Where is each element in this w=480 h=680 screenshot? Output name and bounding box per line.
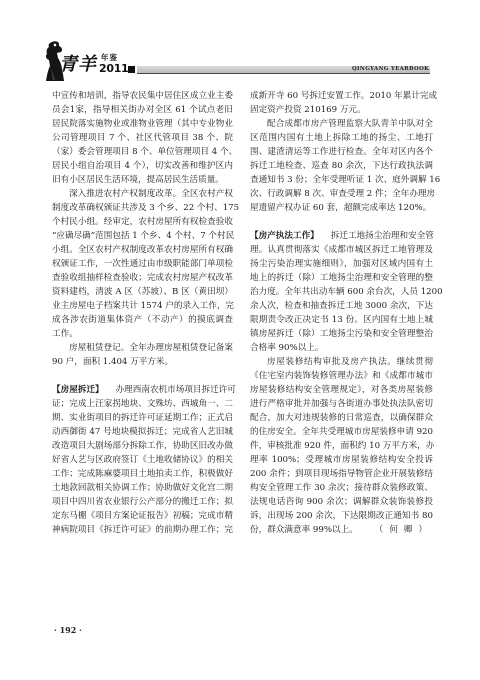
text-line: 项目中四川省农业银行公产部分的搬迁工作；拟 xyxy=(52,495,233,509)
right-column: 成新开寺 60 号拆迁安置工作。2010 年累计完成 固定资产投资 210169… xyxy=(250,89,433,537)
text-line: 房屋租赁登记。全年办理房屋租赁登记备案 xyxy=(52,341,233,355)
text-line: 余人次，检查和抽查拆迁工地 3000 余次，下达 xyxy=(250,299,433,313)
text-line: 居民小组自治项目 4 个），切实改善和维护区内 xyxy=(52,159,233,173)
header-english-title: QINGYANG YEARBOOK xyxy=(352,66,429,73)
text-line: 定东马棚《项目方案论证报告》初稿；完成市精 xyxy=(52,509,233,523)
text-line: 成新开寺 60 号拆迁安置工作。2010 年累计完成 xyxy=(250,89,433,103)
text-line: 业主房屋电子档案共计 1574 户的录入工作，完 xyxy=(52,299,233,313)
text-line: 工作；完成陈麻婆项目土地拍卖工作，积极做好 xyxy=(52,467,233,481)
text-line: （家）委会管理项目 8 个、单位管理项目 4 个、 xyxy=(52,145,233,159)
text-line: 中宣传和培训，指导农民集中居住区成立业主委 xyxy=(52,89,233,103)
text-line: 份，群众满意率 99%以上。 （何卿） xyxy=(250,523,433,537)
header-square-mark xyxy=(128,66,135,73)
text-line: 次、行政调解 8 次、审查受理 2 件；全年办理房 xyxy=(250,187,433,201)
text-line: 进行严格审批并加强与各街道办事处执法队密切 xyxy=(250,397,433,411)
section-house-demolition: 【房屋拆迁】办理西南农机市场项目拆迁许可 证；完成上汪家拐地块、文殊坊、西城角一… xyxy=(52,383,233,537)
text-line: 改造项目大剧场部分拆除工作，协助区旧改办做 xyxy=(52,439,233,453)
text-line: 90 户，面积 1.404 万平方米。 xyxy=(52,355,233,369)
paragraph: 成新开寺 60 号拆迁安置工作。2010 年累计完成 固定资产投资 210169… xyxy=(250,89,433,117)
text-line: 合格率 90%以上。 xyxy=(250,341,433,355)
text-line: 资料建档，清波 A 区（苏坡）、B 区（黄田坝） xyxy=(52,285,233,299)
text-line: 件，审核批准 920 件，面积约 10 万平方米，办 xyxy=(250,439,433,453)
text-line: 个村民小组。经审定，农村房屋所有权检查验收 xyxy=(52,215,233,229)
text-line: 查通知书 3 份；全年受理听证 1 次、庭外调解 16 xyxy=(250,173,433,187)
text-line: 工作。 xyxy=(52,327,233,341)
text-line: 土地款回款相关协调工作；协助做好文化宫二期 xyxy=(52,481,233,495)
paragraph: 房屋装修结构审批及房产执法。继续贯彻 《住宅室内装饰装修管理办法》和《成都市城市… xyxy=(250,355,433,537)
text-line: 小组。全区农村产权制度改革农村房屋所有权确 xyxy=(52,243,233,257)
text-line: 理。认真贯彻落实《成都市城区拆迁工地管理及 xyxy=(250,243,433,257)
text-line: 配合，加大对违规装修的日常巡查，以确保群众 xyxy=(250,411,433,425)
paragraph: 深入推进农村产权制度改革。全区农村产权 制度改革确权颁证共涉及 3 个乡、22 … xyxy=(52,187,233,341)
text-line: 的住房安全。全年共受理城市房屋装修申请 920 xyxy=(250,425,433,439)
text-run: 办理西南农机市场项目拆迁许可 xyxy=(116,385,236,395)
author-credit: （何卿） xyxy=(375,523,433,537)
text-line: 地上的拆迁（除）工地扬尘治理和安全管理的整 xyxy=(250,271,433,285)
text-line: 证；完成上汪家拐地块、文殊坊、西城角一、二 xyxy=(52,397,233,411)
text-line: 查验收组抽样检查验收；完成农村房屋产权改革 xyxy=(52,271,233,285)
page-number: · 192 · xyxy=(54,625,82,635)
section-heading: 【房屋拆迁】 xyxy=(52,385,104,395)
text-line: 深入推进农村产权制度改革。全区农村产权 xyxy=(52,187,233,201)
logo-subtitle: 年鉴 xyxy=(101,53,118,62)
paragraph: 房屋租赁登记。全年办理房屋租赁登记备案 90 户，面积 1.404 万平方米。 xyxy=(52,341,233,369)
text-line: 配合成都市房产管理监察大队青羊中队对全 xyxy=(250,117,433,131)
text-line: 200 余件；到项目现场指导物管企业开展装修结 xyxy=(250,467,433,481)
text-line: 区范围内国有土地上拆除工地的扬尘、工地打 xyxy=(250,131,433,145)
paragraph: 中宣传和培训，指导农民集中居住区成立业主委 员会1家，指导相关街办对全区 61 … xyxy=(52,89,233,187)
text-line: 旧有小区居民生活环境，提高居民生活质量。 xyxy=(52,173,233,187)
text-line: 公司管理项目 7 个、社区代管项目 38 个、院 xyxy=(52,131,233,145)
section-housing-law-enforcement: 【房产执法工作】拆迁工地扬尘治理和安全管 理。认真贯彻落实《成都市城区拆迁工地管… xyxy=(250,229,433,355)
text-line: 屋遗留产权办证 60 套，超额完成率达 120%。 xyxy=(250,201,433,215)
text-line: 拆迁工地检查、巡查 80 余次，下达行政执法调 xyxy=(250,159,433,173)
text-line: 权颁证工作，一次性通过由市级职能部门单项检 xyxy=(52,257,233,271)
paragraph: 配合成都市房产管理监察大队青羊中队对全 区范围内国有土地上拆除工地的扬尘、工地打… xyxy=(250,117,433,215)
text-line: 固定资产投资 210169 万元。 xyxy=(250,103,433,117)
text-line: 《住宅室内装饰装修管理办法》和《成都市城市 xyxy=(250,369,433,383)
logo-year: 2011 xyxy=(99,63,128,75)
text-line: 神病院项目《拆迁许可证》的前期办理工作；完 xyxy=(52,523,233,537)
text-line: 治力度。全年共出动车辆 600 余台次，人员 1200 xyxy=(250,285,433,299)
text-line: 诉，出现场 200 余次，下达限期改正通知书 80 xyxy=(250,509,433,523)
text-line: 制度改革确权颁证共涉及 3 个乡、22 个村、175 xyxy=(52,201,233,215)
blank-line xyxy=(250,215,433,229)
text-line: 好省人艺与区政府签订《土地收储协议》的相关 xyxy=(52,453,233,467)
text-line: 法规电话咨询 900 余次；调解群众装饰装修投 xyxy=(250,495,433,509)
text-line: 扬尘污染治理实施细则》，加强对区域内国有土 xyxy=(250,257,433,271)
text-line: 【房产执法工作】拆迁工地扬尘治理和安全管 xyxy=(250,229,433,243)
text-line: 房屋装修结构安全管理规定》，对各类房屋装修 xyxy=(250,383,433,397)
logo-title: 青羊 xyxy=(59,55,97,75)
text-run: 拆迁工地扬尘治理和安全管 xyxy=(331,231,434,241)
text-line: 动西御街 47 号地块模拟拆迁；完成省人艺旧城 xyxy=(52,425,233,439)
text-line: 房屋装修结构审批及房产执法。继续贯彻 xyxy=(250,355,433,369)
text-line: 围、建渣清运等工作进行检查。全年对区内各个 xyxy=(250,145,433,159)
left-column: 中宣传和培训，指导农民集中居住区成立业主委 员会1家，指导相关街办对全区 61 … xyxy=(52,89,233,537)
text-line: 居民院落实施物业或准物业管理（其中专业物业 xyxy=(52,117,233,131)
text-line: 成各涉农街道集体资产（不动产）的摸底调查 xyxy=(52,313,233,327)
blank-line xyxy=(52,369,233,383)
text-line: 员会1家，指导相关街办对全区 61 个试点老旧 xyxy=(52,103,233,117)
text-line: 理率 100%；受理城市房屋装修结构安全投诉 xyxy=(250,453,433,467)
text-line: 构安全管理工作 30 余次；接待群众装修政策、 xyxy=(250,481,433,495)
text-line: “应确尽确”范围包括 1 个乡、4 个村、7 个村民 xyxy=(52,229,233,243)
text-line: 镇房屋拆迁（除）工地扬尘污染和安全管理整治 xyxy=(250,327,433,341)
text-line: 【房屋拆迁】办理西南农机市场项目拆迁许可 xyxy=(52,383,233,397)
text-run: 份，群众满意率 99%以上。 xyxy=(250,523,358,537)
section-heading: 【房产执法工作】 xyxy=(250,231,319,241)
text-line: 期、实业街项目的拆迁许可证延期工作；正式启 xyxy=(52,411,233,425)
text-line: 限期责令改正决定书 13 份。区内国有土地上城 xyxy=(250,313,433,327)
